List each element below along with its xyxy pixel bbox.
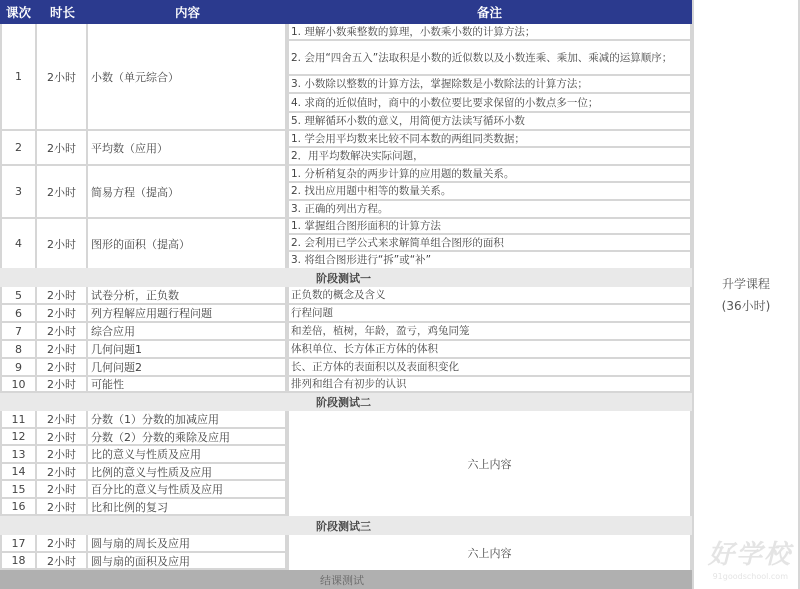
lesson-duration: 2小时	[37, 359, 88, 377]
header-lesson-no: 课次	[0, 0, 37, 24]
lesson-no: 13	[0, 446, 37, 464]
lesson-content: 分数（1）分数的加减应用	[88, 411, 287, 429]
lesson-no: 14	[0, 464, 37, 481]
lesson-note: 体积单位、长方体正方体的体积	[287, 341, 692, 359]
lesson-no: 15	[0, 481, 37, 499]
lesson-duration: 2小时	[37, 341, 88, 359]
lesson-content: 圆与扇的周长及应用	[88, 535, 287, 553]
lesson-note: 3. 正确的列出方程。	[287, 201, 692, 219]
course-hours: (36小时)	[722, 295, 771, 317]
lesson-no: 9	[0, 359, 37, 377]
lesson-duration: 2小时	[37, 553, 88, 570]
lesson-duration: 2小时	[37, 219, 88, 268]
lesson-content: 小数（单元综合）	[88, 24, 287, 131]
stage-test-2-row: 阶段测试二	[0, 393, 692, 411]
lesson-no: 8	[0, 341, 37, 359]
watermark-site: 91goodschool.com	[713, 572, 788, 581]
lesson-no: 11	[0, 411, 37, 429]
lesson-content: 百分比的意义与性质及应用	[88, 481, 287, 499]
lesson-duration: 2小时	[37, 535, 88, 553]
lesson-duration: 2小时	[37, 446, 88, 464]
lesson-content: 比的意义与性质及应用	[88, 446, 287, 464]
final-test-row: 结课测试	[0, 570, 692, 589]
lesson-duration: 2小时	[37, 287, 88, 305]
lesson-content: 比例的意义与性质及应用	[88, 464, 287, 481]
lesson-content: 简易方程（提高）	[88, 166, 287, 219]
course-title: 升学课程	[722, 273, 770, 295]
lesson-duration: 2小时	[37, 411, 88, 429]
lesson-no: 18	[0, 553, 37, 570]
header-duration: 时长	[37, 0, 88, 24]
lesson-no: 12	[0, 429, 37, 446]
lesson-duration: 2小时	[37, 305, 88, 323]
lesson-duration: 2小时	[37, 464, 88, 481]
lesson-note: 长、正方体的表面积以及表面积变化	[287, 359, 692, 377]
lesson-content: 平均数（应用）	[88, 131, 287, 166]
lesson-duration: 2小时	[37, 499, 88, 516]
lesson-note: 2. 找出应用题中相等的数量关系。	[287, 183, 692, 201]
lesson-no: 16	[0, 499, 37, 516]
lesson-note: 2. 会利用已学公式来求解简单组合图形的面积	[287, 235, 692, 252]
lesson-duration: 2小时	[37, 24, 88, 131]
lesson-content: 比和比例的复习	[88, 499, 287, 516]
lesson-content: 综合应用	[88, 323, 287, 341]
stage-test-label: 阶段测试一	[316, 270, 371, 286]
lesson-note: 5. 理解循环小数的意义，用简便方法读写循环小数	[287, 113, 692, 131]
lesson-duration: 2小时	[37, 377, 88, 393]
stage-test-3-row: 阶段测试三	[0, 516, 692, 535]
watermark-logo: 好学校	[708, 534, 792, 571]
merged-note: 六上内容	[287, 411, 692, 516]
lesson-no: 4	[0, 219, 37, 268]
lesson-note: 3. 将组合图形进行“拆”或“补”	[287, 252, 692, 268]
lesson-duration: 2小时	[37, 429, 88, 446]
lesson-content: 图形的面积（提高）	[88, 219, 287, 268]
lesson-note: 1. 学会用平均数来比较不同本数的两组同类数据；	[287, 131, 692, 148]
lesson-note: 1. 理解小数乘整数的算理，小数乘小数的计算方法；	[287, 24, 692, 41]
lesson-no: 1	[0, 24, 37, 131]
course-summary-cell: 升学课程 (36小时)	[692, 0, 800, 589]
header-notes: 备注	[287, 0, 692, 24]
lesson-no: 5	[0, 287, 37, 305]
lesson-note: 1. 掌握组合图形面积的计算方法	[287, 219, 692, 235]
lesson-no: 17	[0, 535, 37, 553]
stage-test-label: 阶段测试二	[316, 394, 371, 410]
lesson-content: 分数（2）分数的乘除及应用	[88, 429, 287, 446]
lesson-no: 6	[0, 305, 37, 323]
lesson-content: 几何问题2	[88, 359, 287, 377]
merged-note: 六上内容	[287, 535, 692, 570]
lesson-content: 列方程解应用题行程问题	[88, 305, 287, 323]
lesson-no: 7	[0, 323, 37, 341]
lesson-no: 3	[0, 166, 37, 219]
lesson-note: 3. 小数除以整数的计算方法，掌握除数是小数除法的计算方法；	[287, 76, 692, 94]
lesson-content: 几何问题1	[88, 341, 287, 359]
lesson-content: 试卷分析，正负数	[88, 287, 287, 305]
lesson-note: 行程问题	[287, 305, 692, 323]
stage-test-1-row: 阶段测试一	[0, 268, 692, 287]
lesson-duration: 2小时	[37, 166, 88, 219]
lesson-note: 1. 分析稍复杂的两步计算的应用题的数量关系。	[287, 166, 692, 183]
lesson-note: 正负数的概念及含义	[287, 287, 692, 305]
lesson-duration: 2小时	[37, 131, 88, 166]
lesson-no: 10	[0, 377, 37, 393]
lesson-note: 2. 会用“四舍五入”法取积是小数的近似数以及小数连乘、乘加、乘减的运算顺序；	[287, 41, 692, 76]
lesson-note: 4. 求商的近似值时，商中的小数位要比要求保留的小数点多一位；	[287, 94, 692, 113]
lesson-no: 2	[0, 131, 37, 166]
lesson-content: 可能性	[88, 377, 287, 393]
lesson-note: 和差倍，植树，年龄，盈亏，鸡兔同笼	[287, 323, 692, 341]
lesson-content: 圆与扇的面积及应用	[88, 553, 287, 570]
stage-test-label: 阶段测试三	[316, 518, 371, 534]
lesson-note: 排列和组合有初步的认识	[287, 377, 692, 393]
lesson-note: 2．用平均数解决实际问题，	[287, 148, 692, 166]
final-test-label: 结课测试	[320, 572, 364, 588]
lesson-duration: 2小时	[37, 481, 88, 499]
lesson-duration: 2小时	[37, 323, 88, 341]
header-content: 内容	[88, 0, 287, 24]
